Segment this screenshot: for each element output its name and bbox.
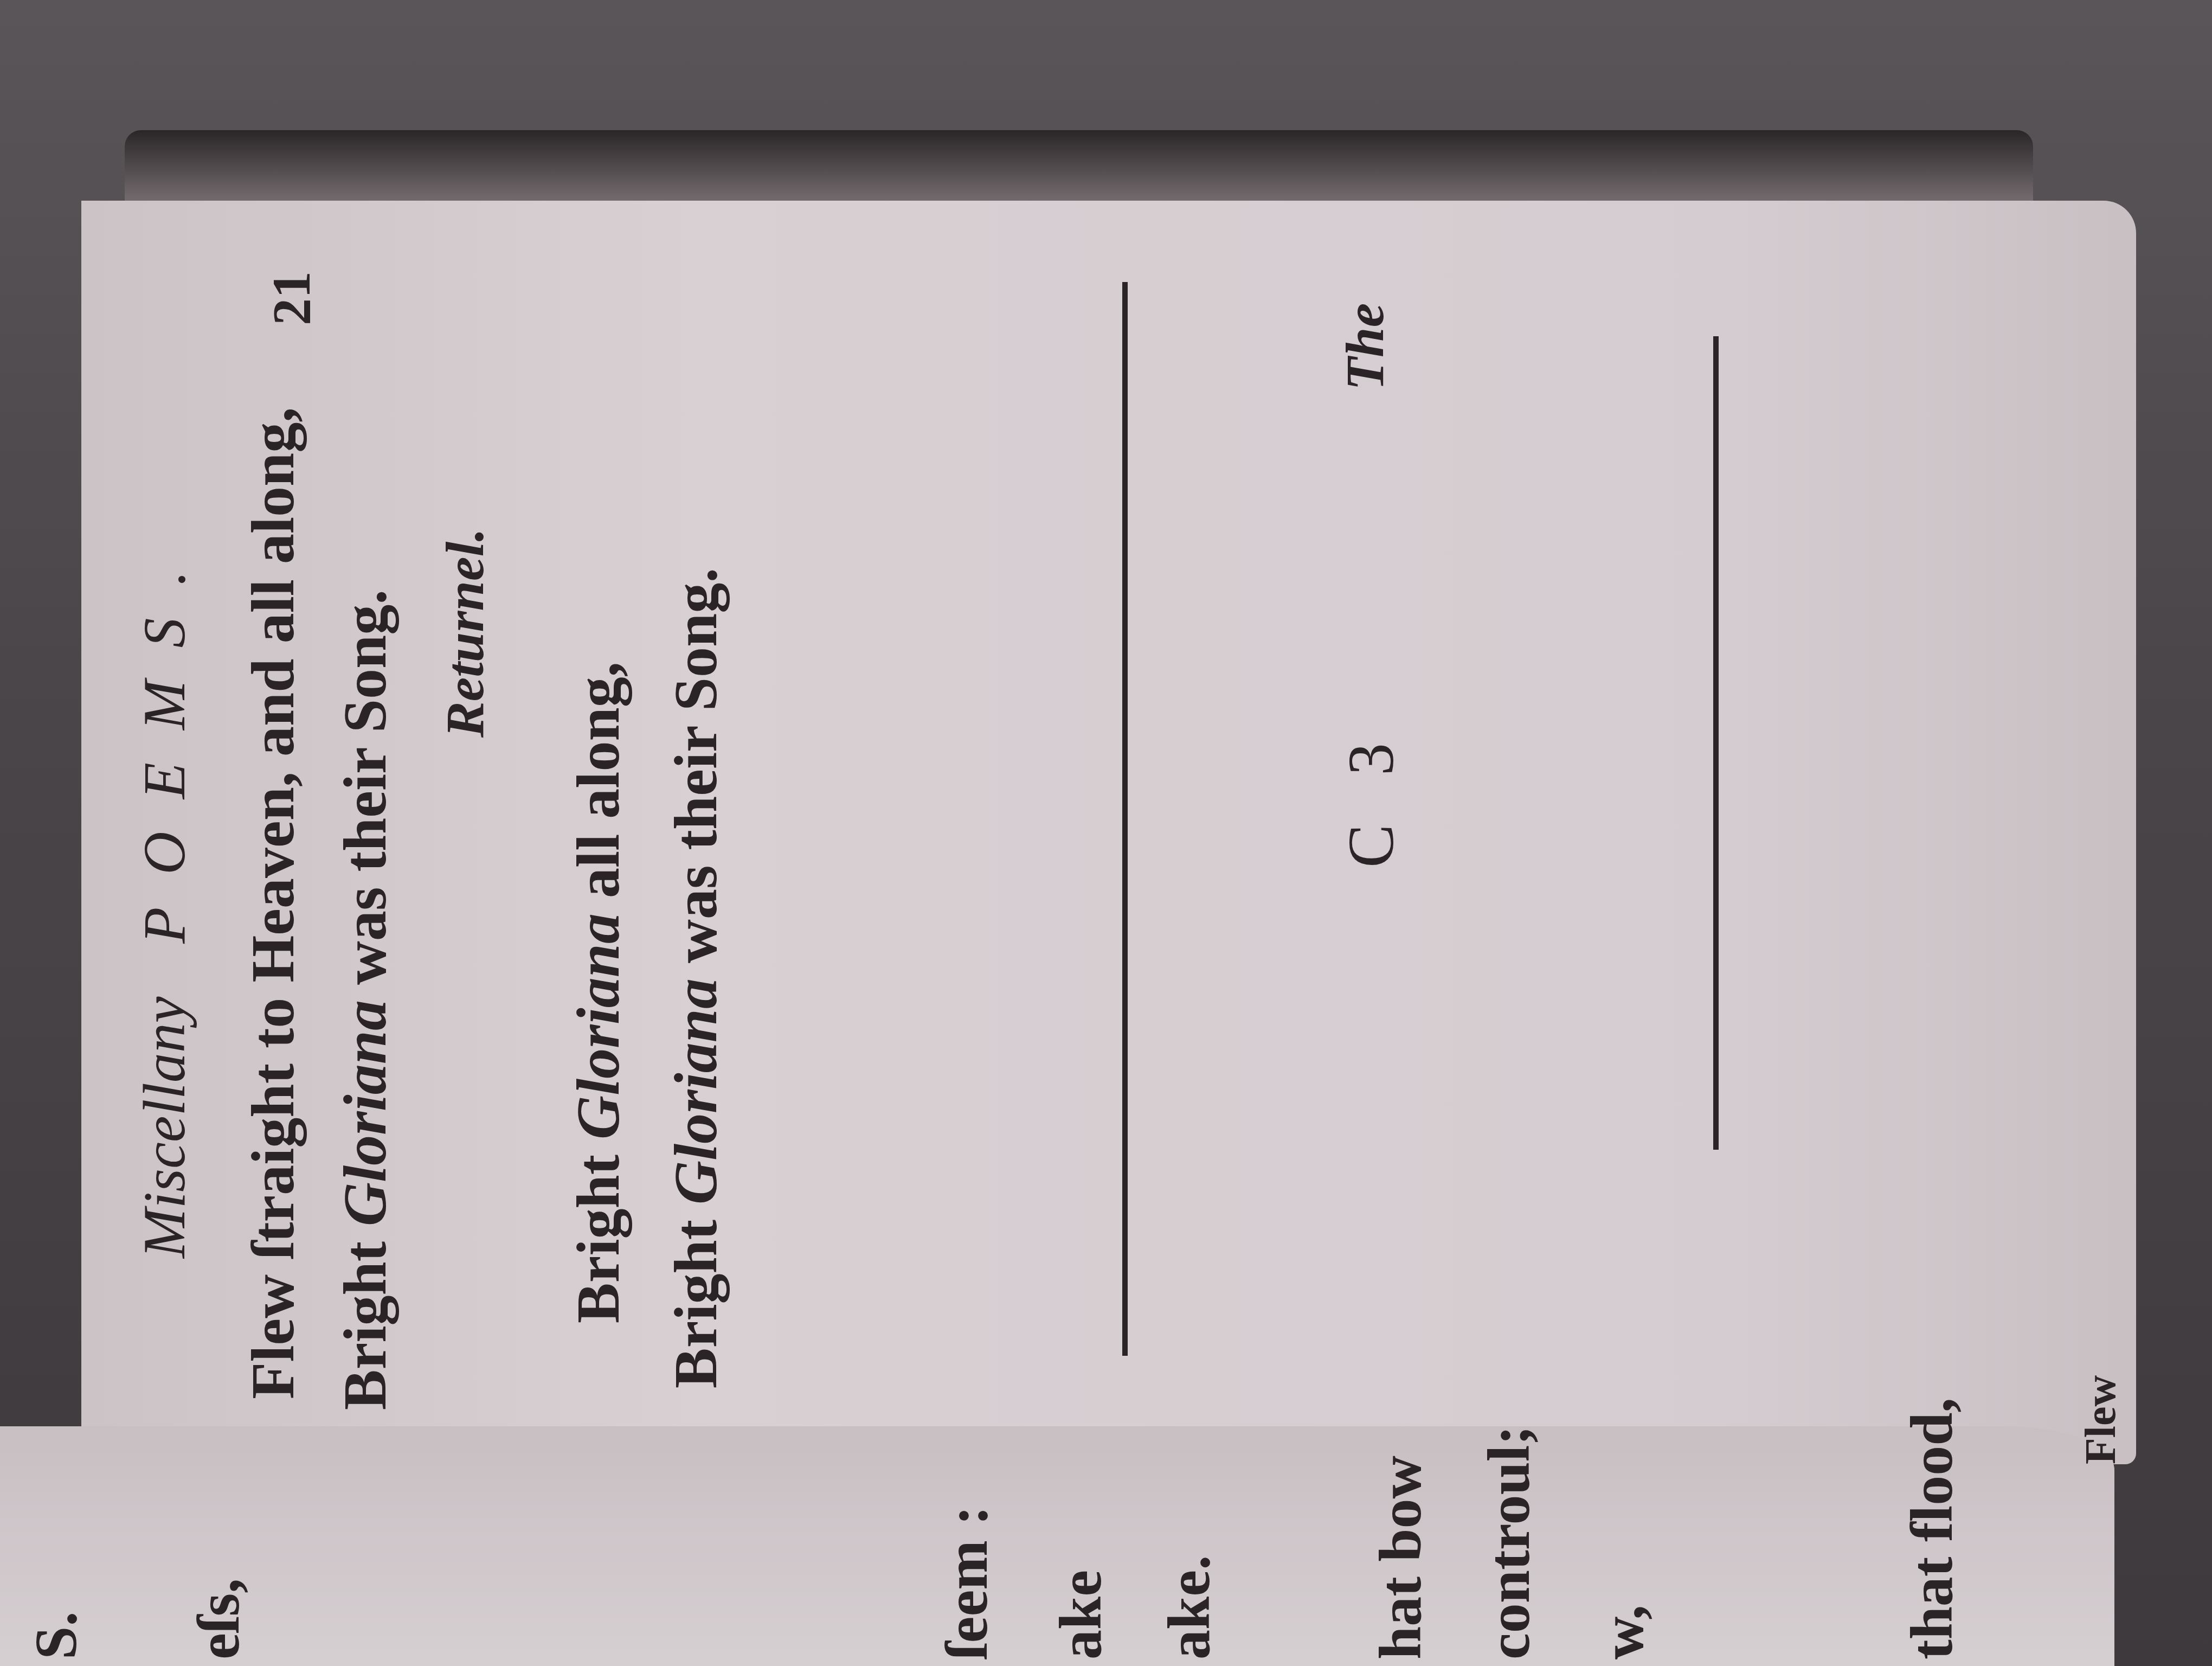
section-heading: Returnel.	[434, 528, 496, 738]
left-fragment: S.	[22, 1611, 91, 1659]
running-head-right: POEMS.	[131, 538, 197, 944]
running-head-left: Miscellany	[131, 996, 197, 1258]
left-fragment: controul;	[1475, 1425, 1544, 1659]
running-head: Miscellany POEMS.	[130, 538, 199, 1258]
horizontal-rule-2	[1713, 336, 1719, 1150]
left-fragment: eſs,	[184, 1578, 253, 1659]
left-fragment: ſeem :	[933, 1505, 1001, 1659]
refrain-line-2: Bright Gloriana was their Song.	[661, 568, 731, 1388]
catchword: The	[1334, 303, 1396, 390]
left-fragment: Flew	[2076, 1375, 2126, 1464]
left-fragment: hat bow	[1366, 1456, 1435, 1659]
refrain-line-1: Bright Gloriana all along,	[564, 662, 634, 1323]
page-number: 21	[260, 271, 323, 325]
verse-line-1: Flew ſtraight to Heaven, and all along,	[239, 407, 308, 1399]
horizontal-rule-1	[1122, 282, 1128, 1356]
left-fragment: that flood,	[1898, 1398, 1966, 1659]
verse-line-2: Bright Gloriana was their Song.	[331, 589, 401, 1410]
left-fragment: w,	[1589, 1605, 1657, 1659]
signature-mark: C 3	[1334, 727, 1409, 868]
left-fragment: ake	[1046, 1570, 1115, 1659]
left-fragment: ake.	[1155, 1555, 1224, 1660]
